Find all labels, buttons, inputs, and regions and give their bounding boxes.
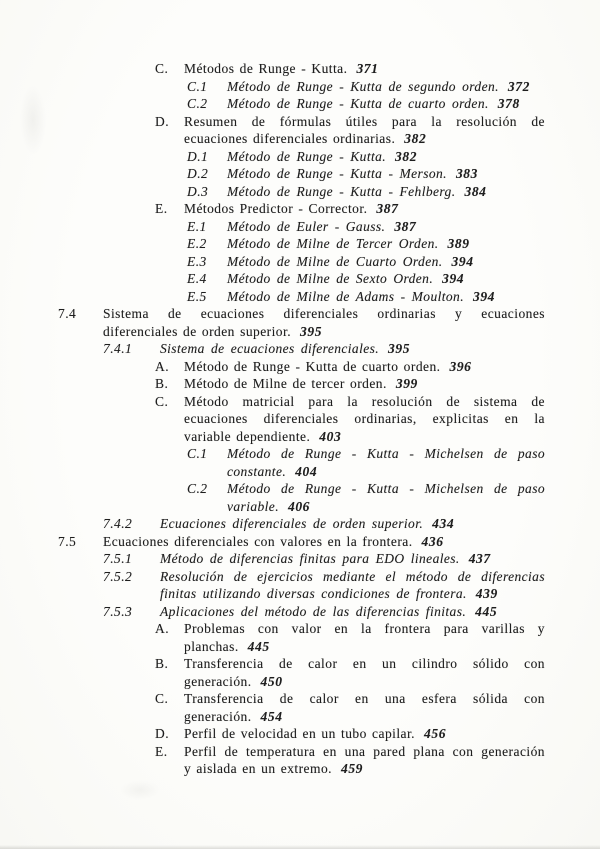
toc-page-number: 395 [300,324,322,339]
toc-page-number: 445 [475,604,497,619]
toc-entry-text: Método de Runge - Kutta de cuarto orden.… [184,358,472,376]
toc-line: 7.5Ecuaciones diferenciales con valores … [0,533,600,551]
toc-entry-text: variable dependiente.403 [184,428,341,446]
toc-page-number: 384 [464,184,486,199]
toc-line: E.1Método de Euler - Gauss.387 [0,218,600,236]
toc-page-number: 394 [442,271,464,286]
toc-line: 7.4.1Sistema de ecuaciones diferenciales… [0,340,600,358]
toc-line: A.Método de Runge - Kutta de cuarto orde… [0,358,600,376]
toc-page-number: 450 [261,674,283,689]
scan-smudge [120,780,160,800]
toc-page-number: 389 [448,236,470,251]
toc-entry-marker: D.3 [187,183,208,201]
toc-line: generación.450 [0,673,600,691]
toc-entry-marker: B. [155,655,168,673]
toc-entry-marker: C.1 [187,445,207,463]
toc-line: 7.5.3Aplicaciones del método de las dife… [0,603,600,621]
toc-entry-text: Método de Euler - Gauss.387 [227,218,416,236]
scan-edge [0,845,600,849]
toc-entry-text: ecuaciones diferenciales ordinarias.382 [184,130,426,148]
toc-line: D.2Método de Runge - Kutta - Merson.383 [0,165,600,183]
toc-page-number: 394 [452,254,474,269]
toc-page-number: 382 [404,131,426,146]
toc-entry-text: Método de Runge - Kutta - Michelsen de p… [227,445,545,463]
toc-entry-marker: D. [155,725,169,743]
toc-entry-marker: C.2 [187,480,207,498]
toc-page-number: 394 [473,289,495,304]
toc-line: planchas.445 [0,638,600,656]
toc-line: constante.404 [0,463,600,481]
toc-line: E.3Método de Milne de Cuarto Orden.394 [0,253,600,271]
toc-entry-marker: D. [155,113,169,131]
toc-entry-marker: E.3 [187,253,207,271]
toc-line: E.Métodos Predictor - Corrector.387 [0,200,600,218]
toc-line: A.Problemas con valor en la frontera par… [0,620,600,638]
toc-line: y aislada en un extremo.459 [0,760,600,778]
toc-entry-text: variable.406 [227,498,310,516]
toc-line: D.Resumen de fórmulas útiles para la res… [0,113,600,131]
toc-entry-text: Perfil de temperatura en una pared plana… [184,743,545,761]
toc-line: C.1Método de Runge - Kutta - Michelsen d… [0,445,600,463]
toc-entry-text: Método de diferencias finitas para EDO l… [160,550,491,568]
toc-entry-text: Aplicaciones del método de las diferenci… [160,603,497,621]
toc-entry-text: Sistema de ecuaciones diferenciales ordi… [103,305,545,323]
toc-entry-text: Perfil de velocidad en un tubo capilar.4… [184,725,446,743]
toc-entry-text: Método de Runge - Kutta de segundo orden… [227,78,530,96]
toc-entry-marker: 7.5.3 [103,603,132,621]
toc-line: D.Perfil de velocidad en un tubo capilar… [0,725,600,743]
toc-page-number: 372 [508,79,530,94]
toc-entry-marker: C.1 [187,78,207,96]
toc-page-number: 395 [388,341,410,356]
toc-page-number: 439 [476,586,498,601]
toc-line: E.5Método de Milne de Adams - Moulton.39… [0,288,600,306]
toc-page-number: 387 [376,201,398,216]
toc-entry-text: planchas.445 [184,638,270,656]
toc-line: 7.5.2Resolución de ejercicios mediante e… [0,568,600,586]
toc-entry-marker: E. [155,743,168,761]
toc-entry-marker: 7.5 [58,533,76,551]
toc-line: 7.5.1Método de diferencias finitas para … [0,550,600,568]
toc-line: D.3Método de Runge - Kutta - Fehlberg.38… [0,183,600,201]
toc-entry-text: diferenciales de orden superior.395 [103,323,322,341]
toc-line: B.Transferencia de calor en un cilindro … [0,655,600,673]
toc-line: diferenciales de orden superior.395 [0,323,600,341]
toc-page-number: 434 [432,516,454,531]
toc-entry-text: Método de Milne de Tercer Orden.389 [227,235,470,253]
toc-entry-marker: 7.4.1 [103,340,132,358]
toc-page-number: 396 [449,359,471,374]
toc-page-number: 399 [396,376,418,391]
toc-entry-text: Sistema de ecuaciones diferenciales.395 [160,340,410,358]
toc-line: B.Método de Milne de tercer orden.399 [0,375,600,393]
toc-entry-text: generación.454 [184,708,283,726]
toc-entry-text: Método de Milne de Adams - Moulton.394 [227,288,495,306]
toc-entry-marker: C. [155,60,168,78]
toc-entry-text: ecuaciones diferenciales ordinarias, exp… [184,410,545,428]
toc-line: ecuaciones diferenciales ordinarias, exp… [0,410,600,428]
toc-entry-text: Método de Milne de Cuarto Orden.394 [227,253,474,271]
toc-line: generación.454 [0,708,600,726]
toc-line: C.Método matricial para la resolución de… [0,393,600,411]
toc-line: C.1Método de Runge - Kutta de segundo or… [0,78,600,96]
toc-page-number: 454 [261,709,283,724]
toc-entry-marker: D.1 [187,148,208,166]
toc-entry-marker: D.2 [187,165,208,183]
toc-line: C.Métodos de Runge - Kutta.371 [0,60,600,78]
toc-entry-text: generación.450 [184,673,283,691]
toc-entry-marker: E. [155,200,168,218]
toc-entry-text: Método de Milne de Sexto Orden.394 [227,270,464,288]
toc-line: E.4Método de Milne de Sexto Orden.394 [0,270,600,288]
toc-entry-marker: E.2 [187,235,207,253]
toc-line: E.Perfil de temperatura en una pared pla… [0,743,600,761]
toc-line: C.2Método de Runge - Kutta de cuarto ord… [0,95,600,113]
toc-entry-text: Transferencia de calor en una esfera sól… [184,690,545,708]
toc-page-number: 437 [469,551,491,566]
toc-entry-text: Método de Runge - Kutta - Fehlberg.384 [227,183,487,201]
toc-entry-text: Método de Runge - Kutta.382 [227,148,417,166]
toc-entry-text: finitas utilizando diversas condiciones … [160,585,498,603]
toc-entry-text: Método matricial para la resolución de s… [184,393,545,411]
toc-page-number: 378 [498,96,520,111]
toc-entry-text: Resolución de ejercicios mediante el mét… [160,568,545,586]
toc-entry-text: Método de Runge - Kutta - Michelsen de p… [227,480,545,498]
toc-entry-marker: C. [155,393,168,411]
toc-entry-text: Métodos Predictor - Corrector.387 [184,200,398,218]
toc-entry-text: y aislada en un extremo.459 [184,760,363,778]
toc-entry-marker: A. [155,358,169,376]
toc-entry-marker: 7.5.1 [103,550,132,568]
toc-entry-marker: 7.4 [58,305,76,323]
toc-entry-text: Métodos de Runge - Kutta.371 [184,60,379,78]
toc-page-number: 387 [394,219,416,234]
toc-line: variable dependiente.403 [0,428,600,446]
toc-entry-marker: E.4 [187,270,207,288]
toc-entry-text: Método de Runge - Kutta de cuarto orden.… [227,95,520,113]
toc-line: D.1Método de Runge - Kutta.382 [0,148,600,166]
toc-line: 7.4Sistema de ecuaciones diferenciales o… [0,305,600,323]
toc-entry-marker: C.2 [187,95,207,113]
toc-entry-marker: B. [155,375,168,393]
toc-page-number: 383 [456,166,478,181]
toc-entry-marker: 7.4.2 [103,515,132,533]
toc-line: C.2Método de Runge - Kutta - Michelsen d… [0,480,600,498]
toc-line: ecuaciones diferenciales ordinarias.382 [0,130,600,148]
toc-entry-text: Problemas con valor en la frontera para … [184,620,545,638]
toc-page-number: 403 [319,429,341,444]
toc-page-number: 371 [356,61,378,76]
toc-page-number: 459 [341,761,363,776]
scanned-toc-page: { "page_colors": { "paper": "#fcfcf9", "… [0,0,600,849]
toc-entry-marker: A. [155,620,169,638]
toc-line: E.2Método de Milne de Tercer Orden.389 [0,235,600,253]
toc-entry-text: Transferencia de calor en un cilindro só… [184,655,545,673]
toc-entry-text: Ecuaciones diferenciales con valores en … [103,533,444,551]
toc-page-number: 382 [395,149,417,164]
toc-page-number: 404 [295,464,317,479]
toc-page-number: 436 [422,534,444,549]
toc-entry-text: Ecuaciones diferenciales de orden superi… [160,515,454,533]
toc-page-number: 406 [288,499,310,514]
toc-line: variable.406 [0,498,600,516]
toc-entry-text: Resumen de fórmulas útiles para la resol… [184,113,545,131]
toc-line: 7.4.2Ecuaciones diferenciales de orden s… [0,515,600,533]
toc-page-number: 456 [424,726,446,741]
table-of-contents: C.Métodos de Runge - Kutta.371 C.1Método… [0,60,600,778]
toc-entry-marker: E.5 [187,288,207,306]
toc-entry-text: Método de Milne de tercer orden.399 [184,375,418,393]
toc-entry-text: Método de Runge - Kutta - Merson.383 [227,165,478,183]
toc-page-number: 445 [248,639,270,654]
toc-line: finitas utilizando diversas condiciones … [0,585,600,603]
toc-line: C.Transferencia de calor en una esfera s… [0,690,600,708]
toc-entry-marker: C. [155,690,168,708]
toc-entry-marker: E.1 [187,218,207,236]
toc-entry-marker: 7.5.2 [103,568,132,586]
toc-entry-text: constante.404 [227,463,317,481]
